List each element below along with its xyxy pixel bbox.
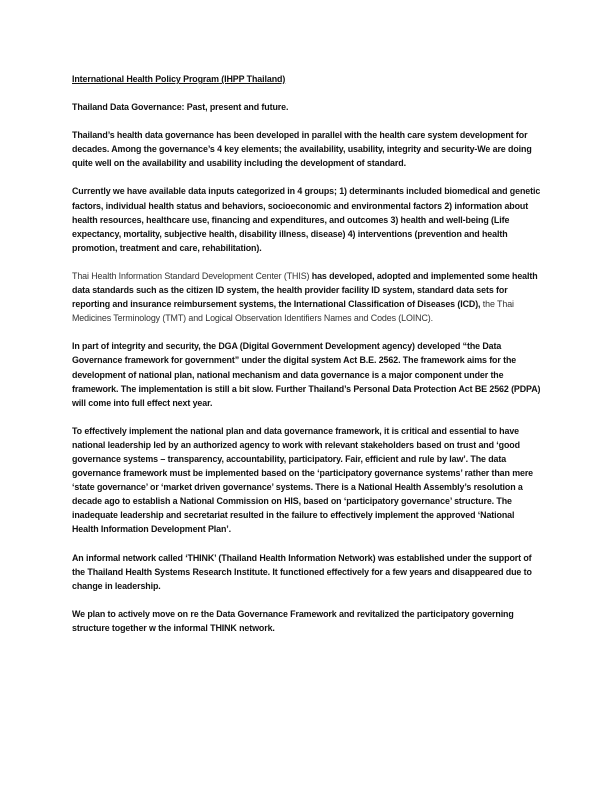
paragraph-plan: We plan to actively move on re the Data …: [72, 607, 542, 635]
paragraph-data-governance-overview: Thailand’s health data governance has be…: [72, 128, 542, 170]
paragraph-leadership: To effectively implement the national pl…: [72, 424, 542, 537]
document-subtitle: Thailand Data Governance: Past, present …: [72, 100, 542, 114]
paragraph-this-standards: Thai Health Information Standard Develop…: [72, 269, 542, 325]
this-center-name: Thai Health Information Standard Develop…: [72, 271, 309, 281]
paragraph-think-network: An informal network called ‘THINK’ (Thai…: [72, 551, 542, 593]
document-title: International Health Policy Program (IHP…: [72, 72, 542, 86]
document-page: International Health Policy Program (IHP…: [72, 72, 542, 649]
paragraph-data-inputs: Currently we have available data inputs …: [72, 184, 542, 254]
paragraph-integrity-security: In part of integrity and security, the D…: [72, 339, 542, 409]
